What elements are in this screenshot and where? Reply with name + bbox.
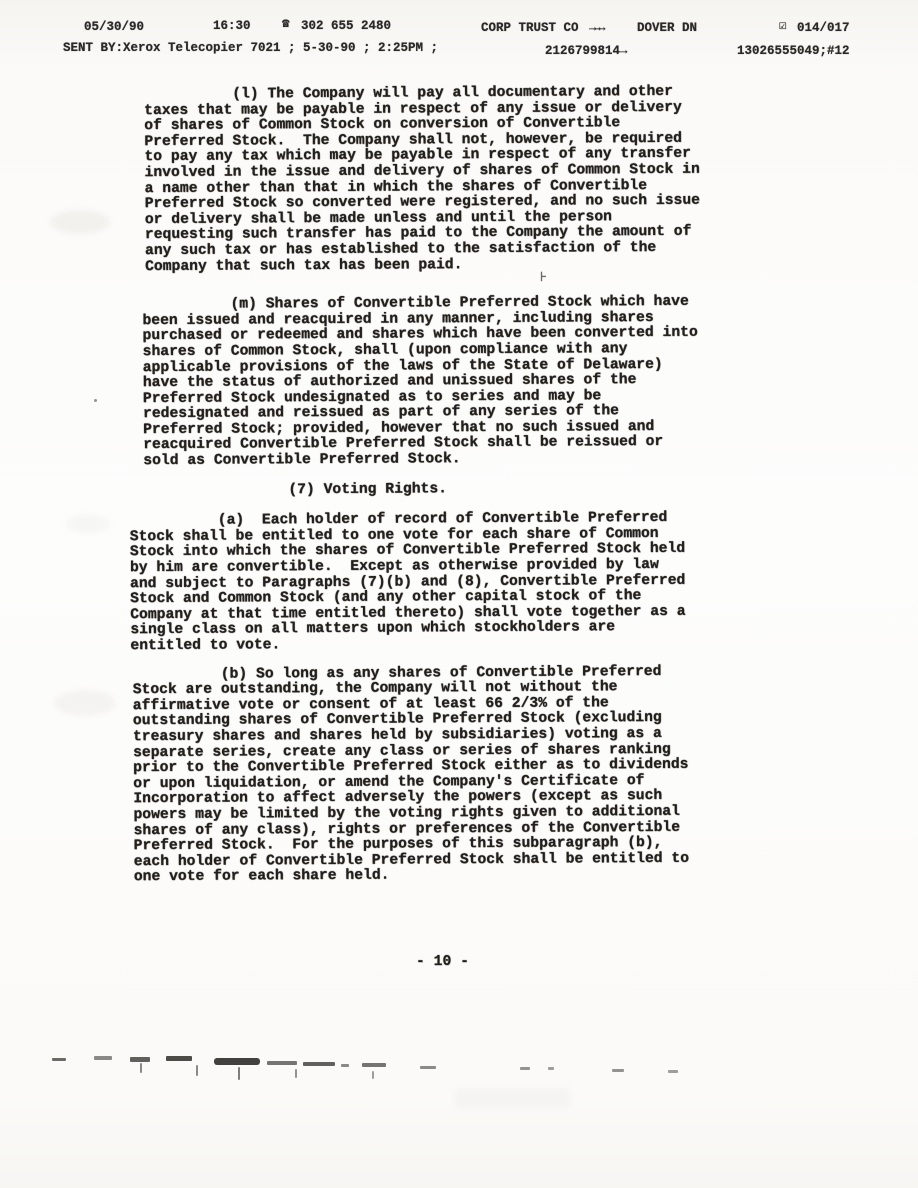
paragraph-l-tax-payment: (l) The Company will pay all documentary… — [144, 84, 837, 275]
scan-artifact — [94, 399, 97, 402]
scan-artifact — [196, 1065, 198, 1076]
scan-artifact — [140, 1063, 142, 1073]
transmission-arrow-icon: →→→ — [589, 21, 603, 35]
scan-smudge — [455, 1088, 570, 1108]
scan-artifact — [214, 1058, 260, 1065]
scan-artifact — [372, 1071, 374, 1079]
scan-artifact — [668, 1070, 678, 1073]
paragraph-b-consent: (b) So long as any shares of Convertible… — [133, 663, 841, 886]
fax-sender-name: CORP TRUST CO — [481, 21, 579, 35]
scan-artifact — [341, 1064, 349, 1067]
scan-artifact — [267, 1061, 297, 1065]
scan-artifact — [130, 1057, 150, 1062]
paragraph-a-one-vote: (a) Each holder of record of Convertible… — [130, 510, 840, 655]
scan-artifact — [52, 1058, 66, 1061]
scan-artifact-glyph: ⊦ — [540, 270, 547, 285]
scan-artifact — [166, 1056, 192, 1061]
scan-artifact — [520, 1067, 530, 1070]
scan-artifact — [94, 1056, 112, 1060]
page-number: - 10 - — [416, 955, 469, 971]
fax-page-counter: 014/017 — [797, 21, 850, 35]
fax-page: 05/30/90 16:30 ☎ 302 655 2480 CORP TRUST… — [0, 0, 918, 1188]
fax-sent-by-line: SENT BY:Xerox Telecopier 7021 ; 5-30-90 … — [63, 41, 438, 55]
scan-smudge — [50, 210, 110, 234]
phone-icon: ☎ — [282, 17, 290, 31]
scan-artifact — [362, 1063, 386, 1067]
page-check-icon: ☑ — [779, 19, 787, 33]
fax-date: 05/30/90 — [84, 20, 144, 34]
scan-artifact — [548, 1067, 554, 1070]
scan-artifact — [612, 1069, 624, 1072]
scan-smudge — [54, 690, 116, 716]
scan-smudge — [66, 515, 110, 533]
fax-destination: DOVER DN — [637, 21, 697, 35]
heading-voting-rights: (7) Voting Rights. — [138, 480, 838, 500]
fax-time: 16:30 — [213, 19, 251, 33]
document-body: (l) The Company will pay all documentary… — [136, 84, 841, 886]
fax-from-number: 2126799814→ — [545, 44, 628, 58]
scan-artifact — [238, 1067, 240, 1080]
fax-number: 302 655 2480 — [301, 19, 391, 33]
paragraph-m-reacquired-shares: (m) Shares of Convertible Preferred Stoc… — [142, 294, 838, 470]
scan-artifact — [420, 1066, 436, 1069]
scan-artifact — [303, 1062, 335, 1066]
fax-to-number: 13026555049;#12 — [737, 44, 850, 58]
scan-artifact — [295, 1069, 297, 1078]
